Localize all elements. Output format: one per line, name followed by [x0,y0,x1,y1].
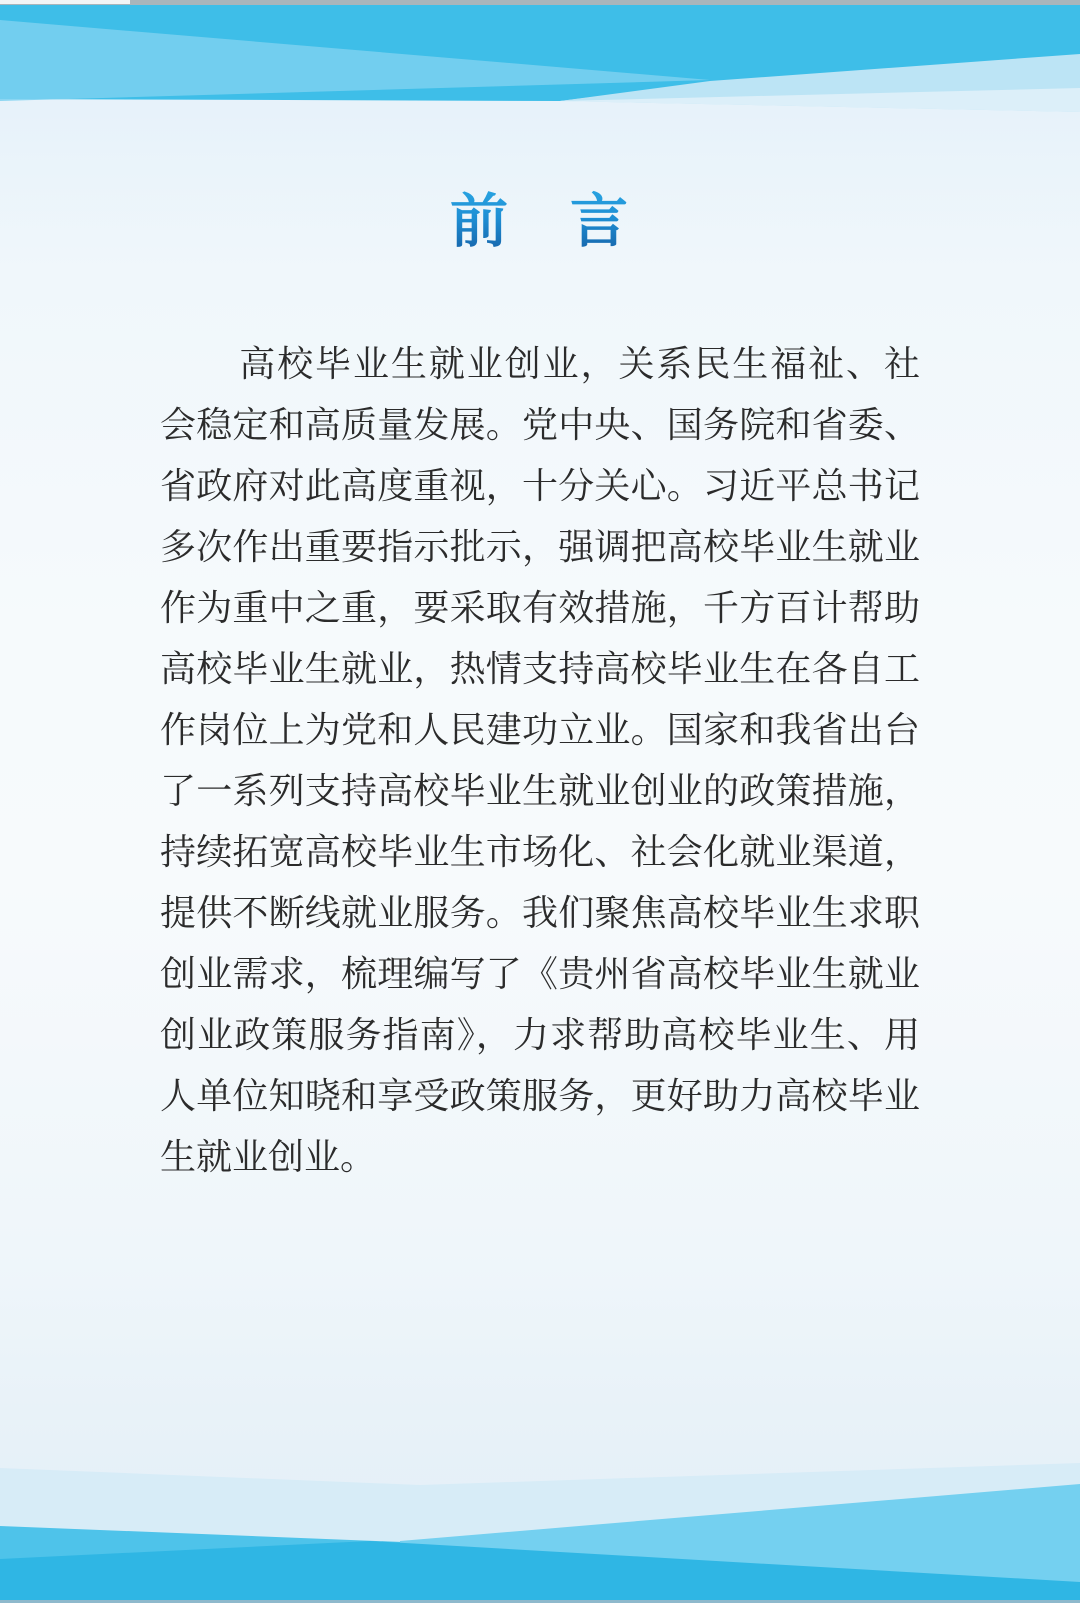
page-top-edge [0,0,1080,5]
preface-paragraph: 高校毕业生就业创业，关系民生福祉、社会稳定和高质量发展。党中央、国务院和省委、省… [160,334,920,1188]
bottom-decoration [0,1373,1080,1603]
preface-page: { "page": { "title": "前 言", "paragraph":… [0,0,1080,1603]
page-content: 前 言 高校毕业生就业创业，关系民生福祉、社会稳定和高质量发展。党中央、国务院和… [0,186,1080,1188]
page-top-edge-notch [0,0,130,4]
page-title: 前 言 [0,186,1080,256]
top-decoration [0,0,1080,130]
